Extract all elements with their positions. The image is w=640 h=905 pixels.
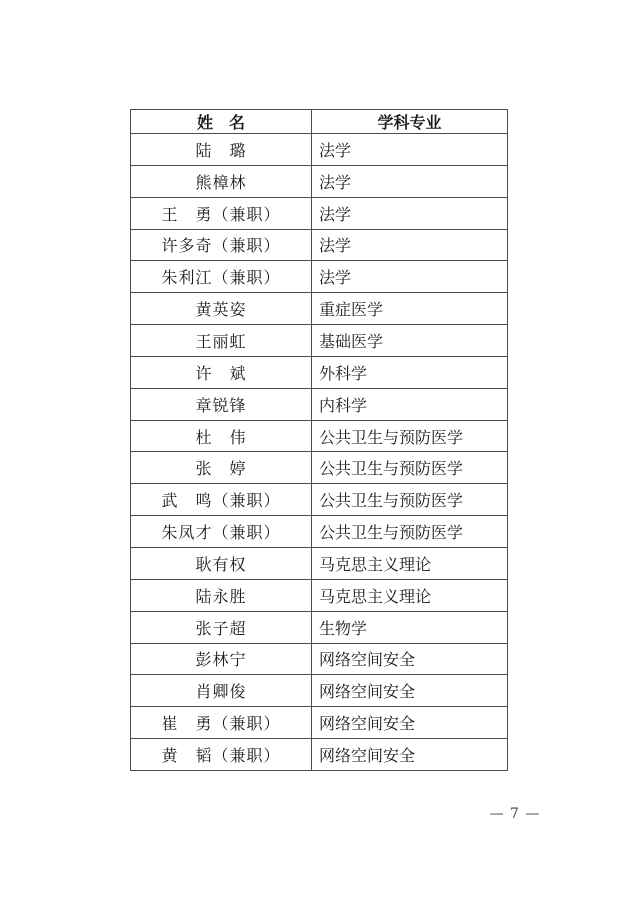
name-cell: 陆永胜 [131,579,312,611]
table-row: 陆永胜 马克思主义理论 [131,579,508,611]
major-cell: 外科学 [312,356,508,388]
name-cell: 许 斌 [131,356,312,388]
table-row: 朱凤才（兼职） 公共卫生与预防医学 [131,516,508,548]
page-number: — 7 — [470,806,560,822]
major-cell: 内科学 [312,388,508,420]
table-row: 张 婷 公共卫生与预防医学 [131,452,508,484]
name-cell: 陆 璐 [131,134,312,166]
major-cell: 网络空间安全 [312,643,508,675]
table-row: 肖卿俊 网络空间安全 [131,675,508,707]
table-row: 朱利江（兼职） 法学 [131,261,508,293]
major-cell: 网络空间安全 [312,675,508,707]
name-cell: 崔 勇（兼职） [131,707,312,739]
name-cell: 武 鸣（兼职） [131,484,312,516]
header-major: 学科专业 [312,110,508,134]
table-row: 彭林宁 网络空间安全 [131,643,508,675]
table-row: 崔 勇（兼职） 网络空间安全 [131,707,508,739]
major-cell: 马克思主义理论 [312,579,508,611]
major-cell: 重症医学 [312,293,508,325]
header-name: 姓 名 [131,110,312,134]
name-cell: 王 勇（兼职） [131,197,312,229]
table-row: 武 鸣（兼职） 公共卫生与预防医学 [131,484,508,516]
table-body: 陆 璐 法学 熊樟林 法学 王 勇（兼职） 法学 许多奇（兼职） 法学 朱利江（… [131,134,508,771]
major-cell: 生物学 [312,611,508,643]
major-cell: 法学 [312,134,508,166]
major-cell: 马克思主义理论 [312,547,508,579]
table-row: 张子超 生物学 [131,611,508,643]
major-cell: 法学 [312,197,508,229]
major-cell: 法学 [312,165,508,197]
table-row: 章锐锋 内科学 [131,388,508,420]
table-row: 杜 伟 公共卫生与预防医学 [131,420,508,452]
name-cell: 张子超 [131,611,312,643]
major-cell: 网络空间安全 [312,739,508,771]
major-cell: 公共卫生与预防医学 [312,452,508,484]
major-cell: 公共卫生与预防医学 [312,484,508,516]
table-row: 黄英姿 重症医学 [131,293,508,325]
table-row: 王 勇（兼职） 法学 [131,197,508,229]
major-cell: 法学 [312,229,508,261]
name-cell: 张 婷 [131,452,312,484]
table-row: 许多奇（兼职） 法学 [131,229,508,261]
name-cell: 朱利江（兼职） [131,261,312,293]
name-cell: 许多奇（兼职） [131,229,312,261]
table-row: 黄 韬（兼职） 网络空间安全 [131,739,508,771]
major-cell: 公共卫生与预防医学 [312,516,508,548]
major-cell: 基础医学 [312,325,508,357]
major-cell: 公共卫生与预防医学 [312,420,508,452]
table-row: 陆 璐 法学 [131,134,508,166]
table-header-row: 姓 名 学科专业 [131,110,508,134]
name-cell: 黄英姿 [131,293,312,325]
table-row: 耿有权 马克思主义理论 [131,547,508,579]
table-row: 熊樟林 法学 [131,165,508,197]
name-cell: 王丽虹 [131,325,312,357]
table-row: 王丽虹 基础医学 [131,325,508,357]
name-cell: 章锐锋 [131,388,312,420]
name-cell: 彭林宁 [131,643,312,675]
name-cell: 杜 伟 [131,420,312,452]
major-cell: 法学 [312,261,508,293]
name-cell: 黄 韬（兼职） [131,739,312,771]
name-cell: 耿有权 [131,547,312,579]
name-cell: 熊樟林 [131,165,312,197]
document-page: 姓 名 学科专业 陆 璐 法学 熊樟林 法学 王 勇（兼职） 法学 许多奇（兼职… [0,0,640,905]
faculty-table: 姓 名 学科专业 陆 璐 法学 熊樟林 法学 王 勇（兼职） 法学 许多奇（兼职… [130,109,508,771]
name-cell: 肖卿俊 [131,675,312,707]
table-row: 许 斌 外科学 [131,356,508,388]
major-cell: 网络空间安全 [312,707,508,739]
name-cell: 朱凤才（兼职） [131,516,312,548]
